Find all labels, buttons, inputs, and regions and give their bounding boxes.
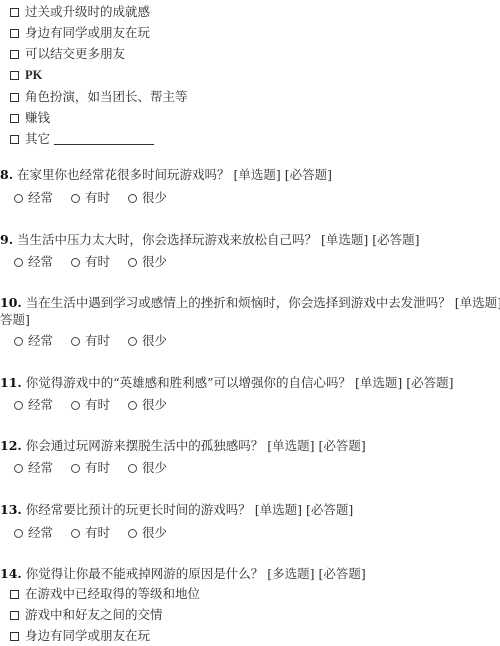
question-10-title: 10. 当在生活中遇到学习或感情上的挫折和烦恼时，你会选择到游戏中去发泄吗？ [… (0, 295, 500, 311)
radio-icon[interactable] (14, 258, 23, 267)
radio-option[interactable]: 经常 (14, 397, 53, 413)
question-10-options: 经常 有时 很少 (14, 333, 185, 349)
question-10-title-cont: 答题] (0, 312, 30, 328)
radio-icon[interactable] (71, 194, 80, 203)
radio-icon[interactable] (128, 464, 137, 473)
checkbox-option[interactable]: 身边有同学或朋友在玩 (10, 25, 150, 41)
radio-icon[interactable] (14, 401, 23, 410)
question-9-title: 9. 当生活中压力太大时，你会选择玩游戏来放松自己吗？ [单选题] [必答题] (0, 232, 420, 248)
radio-option[interactable]: 有时 (71, 333, 110, 349)
question-11-options: 经常 有时 很少 (14, 397, 185, 413)
radio-option[interactable]: 有时 (71, 460, 110, 476)
checkbox-icon[interactable] (10, 29, 19, 38)
question-13-options: 经常 有时 很少 (14, 525, 185, 541)
radio-icon[interactable] (128, 529, 137, 538)
radio-option[interactable]: 经常 (14, 460, 53, 476)
radio-icon[interactable] (128, 194, 137, 203)
checkbox-option[interactable]: 过关或升级时的成就感 (10, 4, 150, 20)
checkbox-icon[interactable] (10, 135, 19, 144)
radio-option[interactable]: 很少 (128, 397, 167, 413)
radio-icon[interactable] (71, 529, 80, 538)
radio-icon[interactable] (14, 194, 23, 203)
checkbox-icon[interactable] (10, 71, 19, 80)
radio-option[interactable]: 经常 (14, 190, 53, 206)
radio-icon[interactable] (71, 337, 80, 346)
checkbox-option[interactable]: PK (10, 67, 42, 83)
question-13-title: 13. 你经常要比预计的玩更长时间的游戏吗？ [单选题] [必答题] (0, 502, 353, 518)
checkbox-icon[interactable] (10, 632, 19, 641)
radio-option[interactable]: 经常 (14, 333, 53, 349)
radio-icon[interactable] (71, 401, 80, 410)
radio-icon[interactable] (14, 464, 23, 473)
question-9-options: 经常 有时 很少 (14, 254, 185, 270)
question-8-options: 经常 有时 很少 (14, 190, 185, 206)
checkbox-option[interactable]: 赚钱 (10, 110, 50, 126)
checkbox-icon[interactable] (10, 93, 19, 102)
radio-option[interactable]: 经常 (14, 525, 53, 541)
radio-option[interactable]: 有时 (71, 525, 110, 541)
checkbox-option[interactable]: 身边有同学或朋友在玩 (10, 628, 150, 644)
question-12-options: 经常 有时 很少 (14, 460, 185, 476)
radio-option[interactable]: 很少 (128, 254, 167, 270)
checkbox-option[interactable]: 游戏中和好友之间的交情 (10, 607, 163, 623)
radio-option[interactable]: 很少 (128, 460, 167, 476)
radio-icon[interactable] (71, 258, 80, 267)
checkbox-icon[interactable] (10, 8, 19, 17)
checkbox-icon[interactable] (10, 50, 19, 59)
radio-icon[interactable] (14, 529, 23, 538)
radio-option[interactable]: 很少 (128, 190, 167, 206)
checkbox-option[interactable]: 可以结交更多朋友 (10, 46, 125, 62)
checkbox-option-other[interactable]: 其它 (10, 131, 154, 147)
radio-icon[interactable] (128, 258, 137, 267)
checkbox-icon[interactable] (10, 590, 19, 599)
radio-icon[interactable] (14, 337, 23, 346)
radio-icon[interactable] (128, 337, 137, 346)
question-11-title: 11. 你觉得游戏中的“英雄感和胜利感”可以增强你的自信心吗？ [单选题] [必… (0, 375, 454, 391)
radio-icon[interactable] (71, 464, 80, 473)
checkbox-option[interactable]: 角色扮演，如当团长、帮主等 (10, 89, 188, 105)
question-8-title: 8. 在家里你也经常花很多时间玩游戏吗？ [单选题] [必答题] (0, 167, 332, 183)
radio-option[interactable]: 经常 (14, 254, 53, 270)
checkbox-icon[interactable] (10, 114, 19, 123)
question-12-title: 12. 你会通过玩网游来摆脱生活中的孤独感吗？ [单选题] [必答题] (0, 438, 366, 454)
checkbox-option[interactable]: 在游戏中已经取得的等级和地位 (10, 586, 200, 602)
radio-option[interactable]: 有时 (71, 397, 110, 413)
radio-option[interactable]: 有时 (71, 190, 110, 206)
other-text-blank[interactable] (54, 144, 154, 145)
radio-option[interactable]: 很少 (128, 525, 167, 541)
question-14-title: 14. 你觉得让你最不能戒掉网游的原因是什么？ [多选题] [必答题] (0, 566, 366, 582)
radio-option[interactable]: 很少 (128, 333, 167, 349)
checkbox-icon[interactable] (10, 611, 19, 620)
radio-icon[interactable] (128, 401, 137, 410)
radio-option[interactable]: 有时 (71, 254, 110, 270)
